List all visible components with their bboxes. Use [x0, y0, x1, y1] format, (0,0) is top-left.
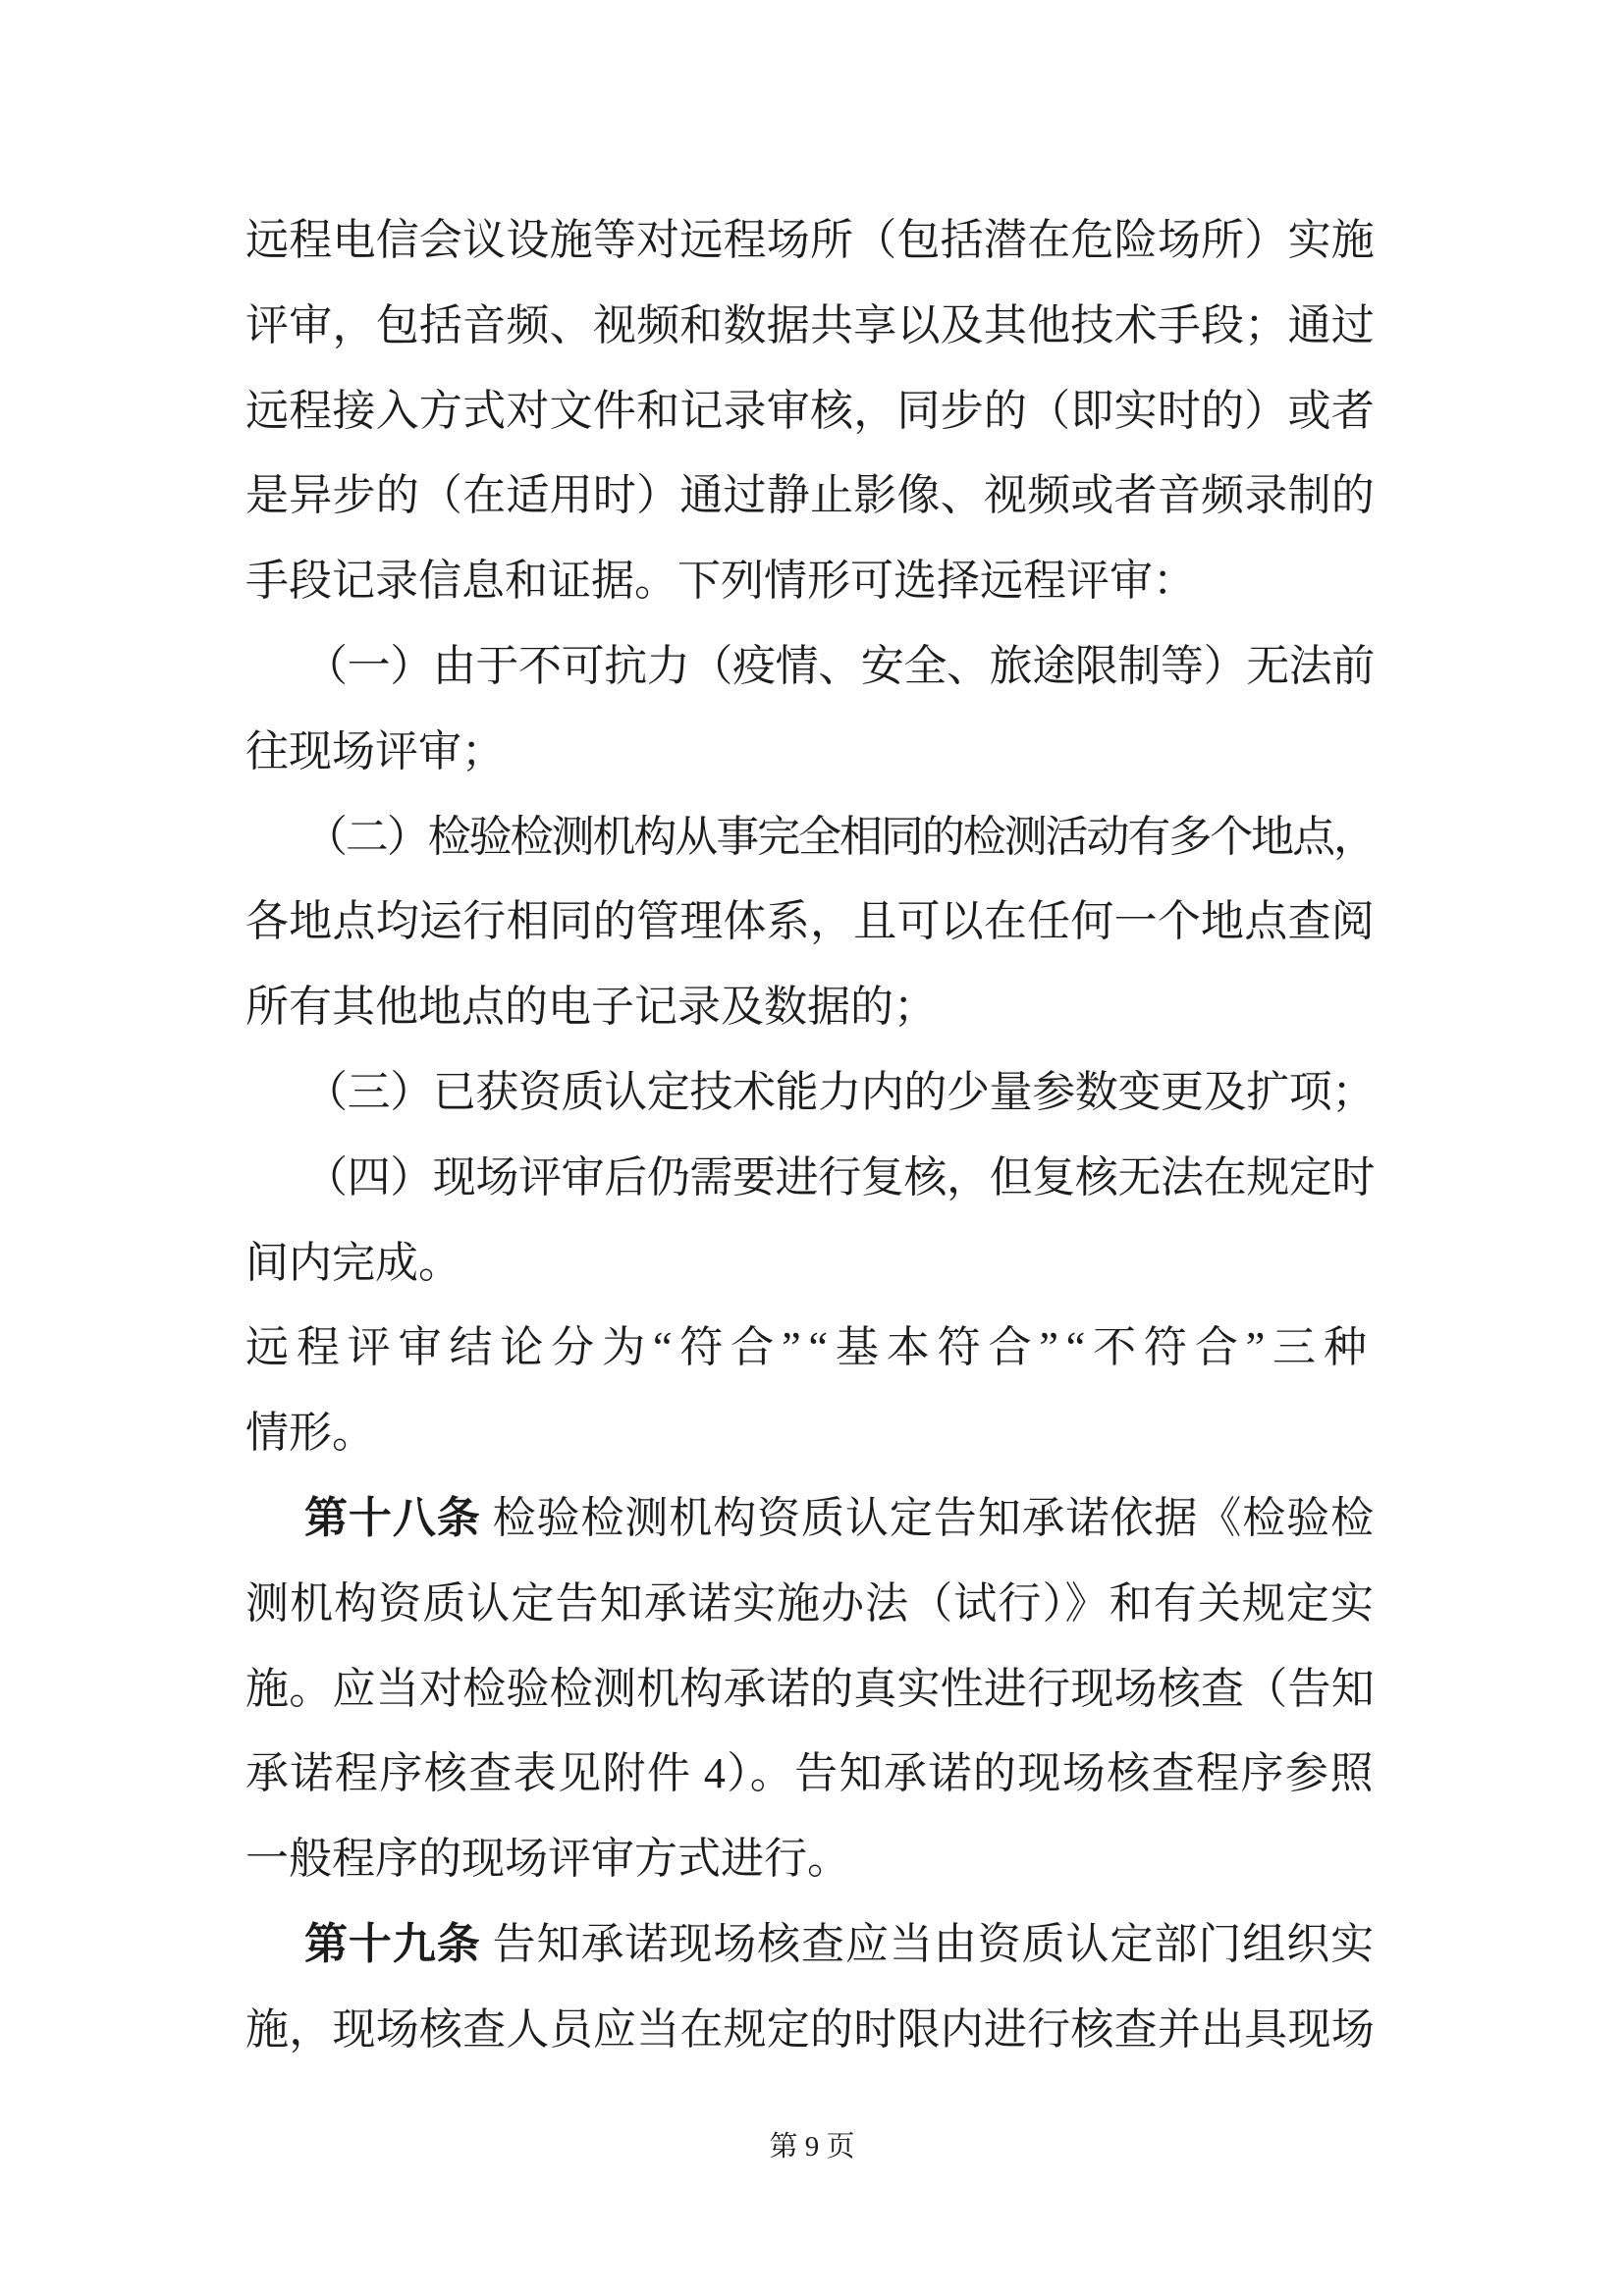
text-run: 情形。 [245, 1409, 375, 1457]
text-line-content: （一）由于不可抗力（疫情、安全、旅途限制等）无法前 [304, 642, 1375, 690]
text-run: 承诺程序核查表见附件 4）。告知承诺的现场核查程序参照 [245, 1749, 1375, 1797]
text-line-content: 第十九条 告知承诺现场核查应当由资质认定部门组织实 [304, 1920, 1375, 1968]
text-line-content: 是异步的（在适用时）通过静止影像、视频或者音频录制的 [245, 471, 1375, 519]
text-line-content: 所有其他地点的电子记录及数据的； [245, 983, 937, 1031]
text-run: 往现场评审； [245, 727, 505, 775]
text-line: 远程电信会议设施等对远程场所（包括潜在危险场所）实施 [245, 198, 1375, 284]
text-run: 评审，包括音频、视频和数据共享以及其他技术手段；通过 [245, 301, 1375, 349]
text-line: 间内完成。 [245, 1221, 1375, 1307]
text-run: 各地点均运行相同的管理体系，且可以在任何一个地点查阅 [245, 897, 1375, 945]
text-run: 远程评审结论分为“符合”“基本符合”“不符合”三种 [245, 1323, 1375, 1371]
text-line-content: 远程接入方式对文件和记录审核，同步的（即实时的）或者 [245, 387, 1375, 435]
text-line-content: 手段记录信息和证据。下列情形可选择远程评审： [245, 557, 1196, 605]
text-line: 测机构资质认定告知承诺实施办法（试行）》和有关规定实 [245, 1562, 1375, 1647]
text-line: （一）由于不可抗力（疫情、安全、旅途限制等）无法前 [245, 624, 1375, 710]
text-run: 检验检测机构资质认定告知承诺依据《检验检 [481, 1494, 1375, 1542]
document-page: 远程电信会议设施等对远程场所（包括潜在危险场所）实施评审，包括音频、视频和数据共… [0, 0, 1624, 2296]
text-run: 远程电信会议设施等对远程场所（包括潜在危险场所）实施 [245, 216, 1375, 264]
text-line-content: 远程评审结论分为“符合”“基本符合”“不符合”三种 [245, 1323, 1375, 1371]
text-line: 所有其他地点的电子记录及数据的； [245, 965, 1375, 1050]
text-run: 一般程序的现场评审方式进行。 [245, 1835, 850, 1883]
text-line: 评审，包括音频、视频和数据共享以及其他技术手段；通过 [245, 284, 1375, 369]
text-run: 间内完成。 [245, 1239, 461, 1287]
text-line-content: 往现场评审； [245, 727, 505, 775]
text-run: 施，现场核查人员应当在规定的时限内进行核查并出具现场 [245, 2005, 1375, 2054]
text-run: 是异步的（在适用时）通过静止影像、视频或者音频录制的 [245, 471, 1375, 519]
text-line-content: 情形。 [245, 1409, 375, 1457]
text-line: （三）已获资质认定技术能力内的少量参数变更及扩项； [245, 1050, 1375, 1136]
text-line: 情形。 [245, 1391, 1375, 1476]
text-line: 远程接入方式对文件和记录审核，同步的（即实时的）或者 [245, 369, 1375, 454]
document-body: 远程电信会议设施等对远程场所（包括潜在危险场所）实施评审，包括音频、视频和数据共… [245, 198, 1375, 2073]
text-run: 手段记录信息和证据。下列情形可选择远程评审： [245, 557, 1196, 605]
text-line: 承诺程序核查表见附件 4）。告知承诺的现场核查程序参照 [245, 1732, 1375, 1817]
text-line: 第十八条 检验检测机构资质认定告知承诺依据《检验检 [245, 1476, 1375, 1562]
text-line: 是异步的（在适用时）通过静止影像、视频或者音频录制的 [245, 454, 1375, 539]
page-number: 第 9 页 [0, 2130, 1624, 2163]
text-run: （二）检验检测机构从事完全相同的检测活动有多个地点， [304, 813, 1375, 861]
text-line: 施，现场核查人员应当在规定的时限内进行核查并出具现场 [245, 1988, 1375, 2073]
text-line: 往现场评审； [245, 710, 1375, 795]
text-line-content: 第十八条 检验检测机构资质认定告知承诺依据《检验检 [304, 1494, 1375, 1542]
text-line: 第十九条 告知承诺现场核查应当由资质认定部门组织实 [245, 1902, 1375, 1988]
text-line-content: （二）检验检测机构从事完全相同的检测活动有多个地点， [304, 813, 1375, 861]
text-run: （四）现场评审后仍需要进行复核，但复核无法在规定时 [304, 1153, 1375, 1201]
text-line-content: 施。应当对检验检测机构承诺的真实性进行现场核查（告知 [245, 1665, 1375, 1713]
article-number: 第十九条 [304, 1920, 481, 1968]
text-run: 施。应当对检验检测机构承诺的真实性进行现场核查（告知 [245, 1665, 1375, 1713]
text-run: 所有其他地点的电子记录及数据的； [245, 983, 937, 1031]
text-run: 告知承诺现场核查应当由资质认定部门组织实 [481, 1920, 1375, 1968]
text-run: （三）已获资质认定技术能力内的少量参数变更及扩项； [304, 1068, 1375, 1116]
text-line: （二）检验检测机构从事完全相同的检测活动有多个地点， [245, 795, 1375, 881]
text-line-content: （四）现场评审后仍需要进行复核，但复核无法在规定时 [304, 1153, 1375, 1201]
text-line: 远程评审结论分为“符合”“基本符合”“不符合”三种 [245, 1306, 1375, 1391]
text-line: 一般程序的现场评审方式进行。 [245, 1817, 1375, 1902]
text-line: （四）现场评审后仍需要进行复核，但复核无法在规定时 [245, 1136, 1375, 1221]
text-run: （一）由于不可抗力（疫情、安全、旅途限制等）无法前 [304, 642, 1375, 690]
text-line-content: 各地点均运行相同的管理体系，且可以在任何一个地点查阅 [245, 897, 1375, 945]
text-line: 手段记录信息和证据。下列情形可选择远程评审： [245, 539, 1375, 624]
text-line-content: 远程电信会议设施等对远程场所（包括潜在危险场所）实施 [245, 216, 1375, 264]
text-line: 各地点均运行相同的管理体系，且可以在任何一个地点查阅 [245, 880, 1375, 965]
text-line-content: 施，现场核查人员应当在规定的时限内进行核查并出具现场 [245, 2005, 1375, 2054]
text-line-content: 承诺程序核查表见附件 4）。告知承诺的现场核查程序参照 [245, 1749, 1375, 1797]
article-number: 第十八条 [304, 1494, 481, 1542]
text-line-content: （三）已获资质认定技术能力内的少量参数变更及扩项； [304, 1068, 1375, 1116]
text-line-content: 测机构资质认定告知承诺实施办法（试行）》和有关规定实 [245, 1579, 1375, 1628]
text-run: 远程接入方式对文件和记录审核，同步的（即实时的）或者 [245, 387, 1375, 435]
text-line-content: 一般程序的现场评审方式进行。 [245, 1835, 850, 1883]
text-line: 施。应当对检验检测机构承诺的真实性进行现场核查（告知 [245, 1647, 1375, 1733]
text-run: 测机构资质认定告知承诺实施办法（试行）》和有关规定实 [245, 1579, 1375, 1628]
text-line-content: 间内完成。 [245, 1239, 461, 1287]
text-line-content: 评审，包括音频、视频和数据共享以及其他技术手段；通过 [245, 301, 1375, 349]
